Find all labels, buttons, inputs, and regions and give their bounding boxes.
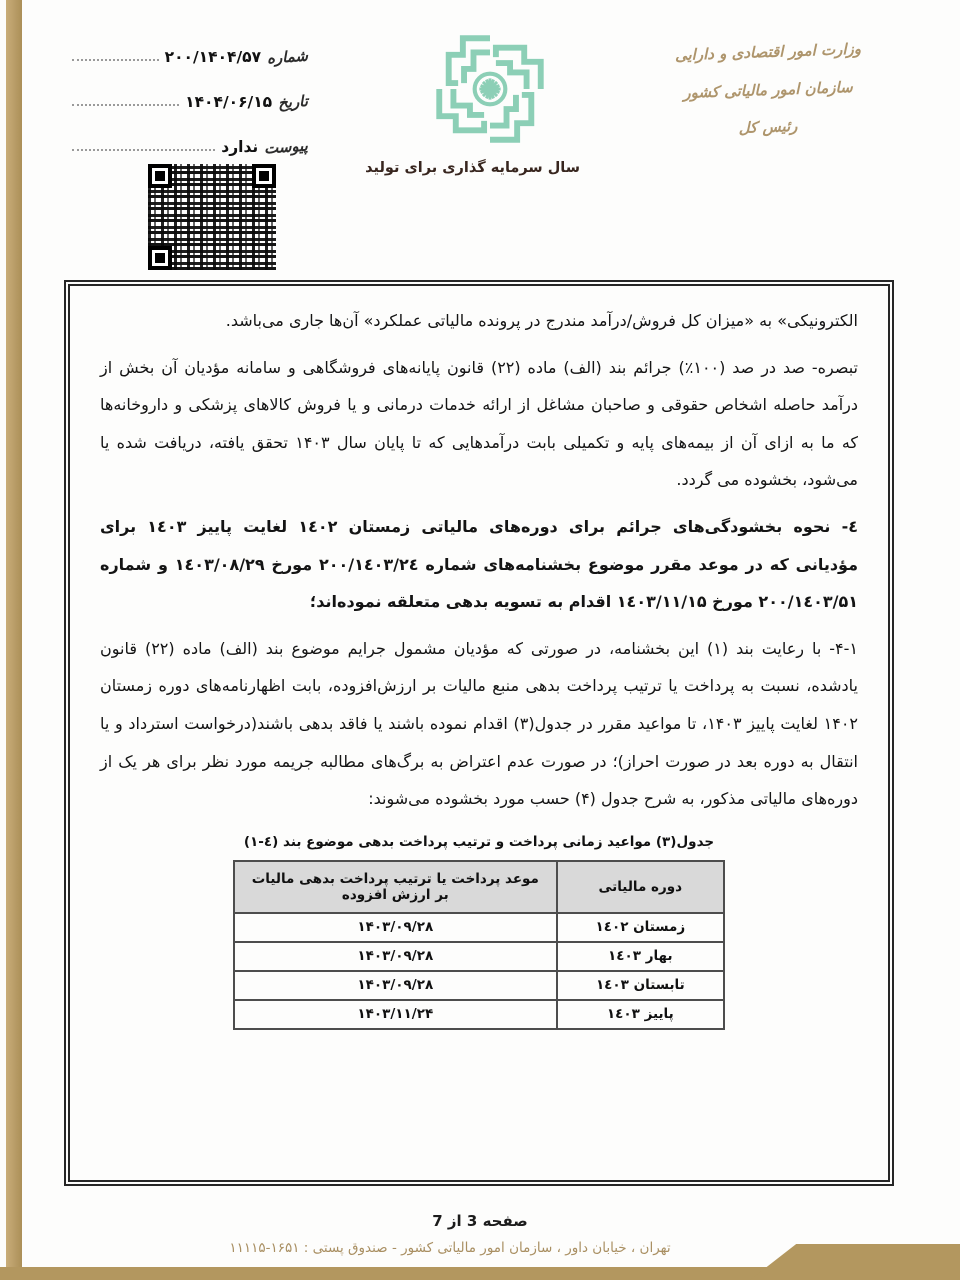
cell-due-date: ۱۴۰۳/۰۹/۲۸ (234, 971, 557, 1000)
dotted-leader (72, 104, 179, 106)
table-3-caption: جدول(۳) مواعید زمانی پرداخت و ترتیب پردا… (100, 834, 858, 850)
payment-deadlines-table: دوره مالیاتی موعد پرداخت یا ترتیب پرداخت… (233, 860, 725, 1030)
qr-finder-icon (148, 164, 172, 188)
table-row: تابستان ۱٤۰۳ ۱۴۰۳/۰۹/۲۸ (234, 971, 724, 1000)
cell-period: زمستان ۱٤۰۲ (557, 913, 724, 942)
postal-address: تهران ، خیابان داور ، سازمان امور مالیات… (0, 1240, 900, 1256)
column-header-payment-deadline: موعد پرداخت یا ترتیب پرداخت بدهی مالیات … (234, 861, 557, 913)
letterhead-left-stripe (6, 0, 22, 1280)
field-attachment: پیوست ندارد (72, 126, 308, 156)
field-attachment-value: ندارد (221, 138, 258, 156)
tax-administration-emblem-icon (431, 30, 549, 148)
letter-reference-fields: شماره ۲۰۰/۱۴۰۴/۵۷ تاریخ ۱۴۰۴/۰۶/۱۵ پیوست… (72, 36, 308, 171)
cell-due-date: ۱۴۰۳/۰۹/۲۸ (234, 942, 557, 971)
table-row: زمستان ۱٤۰۲ ۱۴۰۳/۰۹/۲۸ (234, 913, 724, 942)
dotted-leader (72, 59, 159, 61)
column-header-tax-period: دوره مالیاتی (557, 861, 724, 913)
scanned-tax-letter-page: شماره ۲۰۰/۱۴۰۴/۵۷ تاریخ ۱۴۰۴/۰۶/۱۵ پیوست… (0, 0, 960, 1280)
field-number: شماره ۲۰۰/۱۴۰۴/۵۷ (72, 36, 308, 66)
qr-finder-icon (252, 164, 276, 188)
field-date-label: تاریخ (278, 92, 309, 112)
cell-due-date: ۱۴۰۳/۰۹/۲۸ (234, 913, 557, 942)
cell-due-date: ۱۴۰۳/۱۱/۲۴ (234, 1000, 557, 1029)
emblem-block: سال سرمایه گذاری برای تولید (400, 30, 580, 176)
field-date-value: ۱۴۰۴/۰۶/۱۵ (185, 93, 272, 111)
table-row: پاییز ۱٤۰۳ ۱۴۰۳/۱۱/۲۴ (234, 1000, 724, 1029)
field-date: تاریخ ۱۴۰۴/۰۶/۱۵ (72, 81, 308, 111)
table-row: بهار ۱٤۰۳ ۱۴۰۳/۰۹/۲۸ (234, 942, 724, 971)
organization-header: وزارت امور اقتصادی و دارایی سازمان امور … (628, 34, 908, 147)
cell-period: پاییز ۱٤۰۳ (557, 1000, 724, 1029)
letter-body-box: الکترونیکی» به «میزان کل فروش/درآمد مندر… (64, 280, 894, 1186)
paragraph-section-4-1: ۴-۱- با رعایت بند (۱) این بخشنامه، در صو… (100, 630, 858, 818)
paragraph-tabsereh: تبصره- صد در صد (۱۰۰٪) جرائم بند (الف) م… (100, 349, 858, 499)
paragraph-section-4: ٤- نحوه بخشودگی‌های جرائم برای دوره‌های … (100, 508, 858, 621)
table-header-row: دوره مالیاتی موعد پرداخت یا ترتیب پرداخت… (234, 861, 724, 913)
paragraph-continuation: الکترونیکی» به «میزان کل فروش/درآمد مندر… (100, 302, 858, 340)
field-number-value: ۲۰۰/۱۴۰۴/۵۷ (165, 48, 261, 66)
cell-period: بهار ۱٤۰۳ (557, 942, 724, 971)
qr-code (148, 164, 276, 270)
field-attachment-label: پیوست (264, 136, 309, 157)
qr-finder-icon (148, 246, 172, 270)
cell-period: تابستان ۱٤۰۳ (557, 971, 724, 1000)
page-number: صفحه 3 از 7 (0, 1212, 960, 1230)
field-number-label: شماره (267, 47, 309, 68)
year-slogan: سال سرمایه گذاری برای تولید (400, 160, 580, 176)
dotted-leader (72, 149, 215, 151)
